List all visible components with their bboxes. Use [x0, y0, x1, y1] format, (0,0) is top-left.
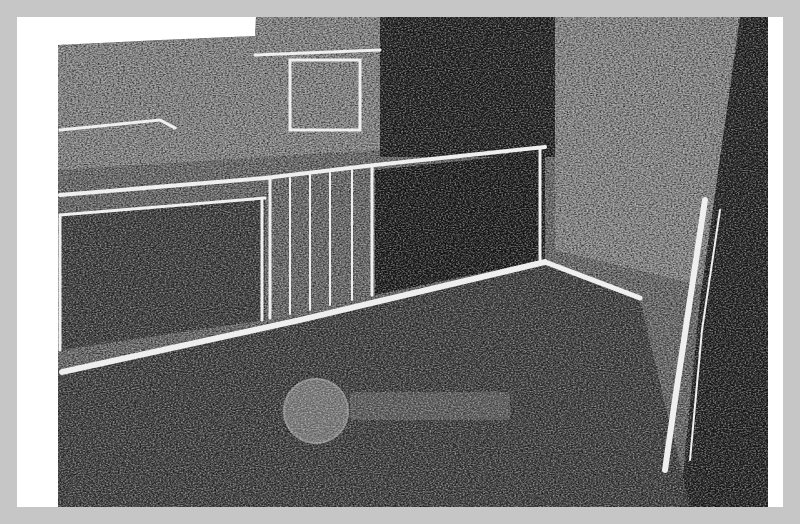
watermark-logo-icon: [283, 378, 349, 444]
watermark-text: [350, 392, 510, 420]
photo-content: [58, 17, 768, 507]
balcony-photo: [0, 0, 800, 524]
